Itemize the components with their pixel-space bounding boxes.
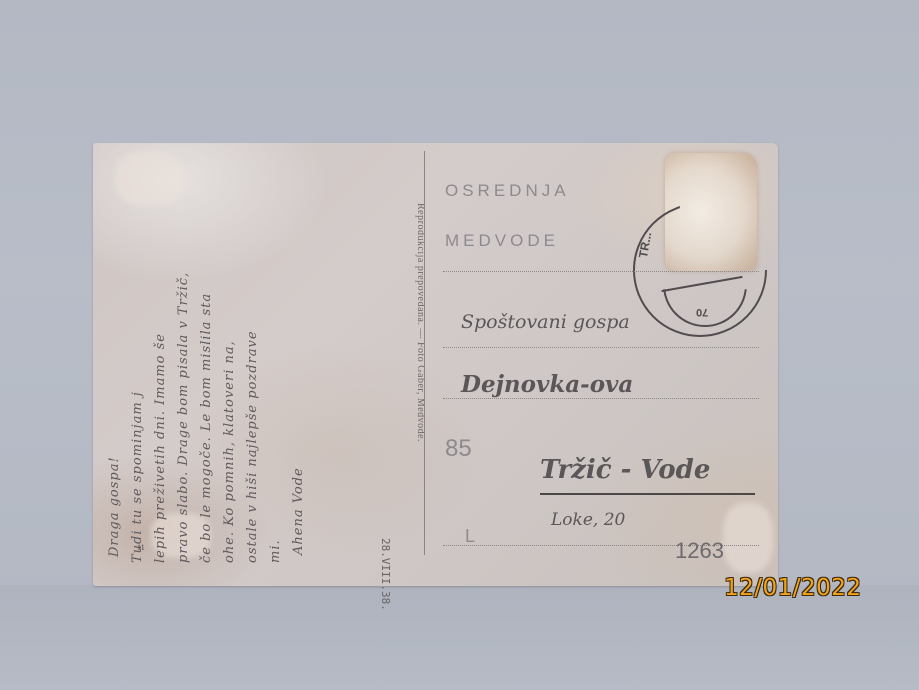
address-rule: [443, 271, 759, 272]
message-line: pravo slabo. Drage bom pisala v Tržič,: [172, 173, 195, 563]
message-greeting: Draga gospa!: [103, 173, 126, 563]
address-line-1: Spoštovani gospa: [461, 311, 630, 333]
pencil-mark: L: [465, 526, 475, 547]
postmark-number: 70: [696, 306, 708, 318]
card-divider: [424, 151, 425, 555]
message-line: ostale v hiši najlepše pozdrave: [241, 173, 264, 563]
written-date: 28.VIII.38.: [379, 538, 392, 611]
message-line: ohe. Ko pomnih, klatoveri na,: [218, 173, 241, 563]
address-rule: [443, 398, 759, 399]
handwritten-message: Draga gospa! Tudi tu se spominjam j lepi…: [103, 173, 393, 563]
address-rule: [443, 347, 759, 348]
pencil-margin-number: 85: [445, 435, 472, 463]
address-underline: [540, 493, 755, 495]
address-line-2: Dejnovka-ova: [461, 371, 633, 398]
photo-date-stamp: 12/01/2022: [724, 575, 862, 601]
message-line: če bo le mogoče. Le bom mislila sta: [195, 173, 218, 563]
postcard: Draga gospa! Tudi tu se spominjam j lepi…: [93, 143, 778, 586]
pencil-note-line2: MEDVODE: [445, 231, 559, 251]
message-line: mi.: [264, 173, 287, 563]
pencil-corner-number: 1263: [675, 538, 724, 564]
address-line-3: Tržič - Vode: [540, 455, 710, 485]
message-signature: Ahena Vode: [287, 173, 310, 563]
address-line-4: Loke, 20: [551, 510, 625, 530]
message-line: lepih preživetih dni. Imamo še: [149, 173, 172, 563]
page-number: 11: [137, 543, 145, 552]
pencil-note-line1: OSREDNJA: [445, 181, 570, 201]
message-line: Tudi tu se spominjam j: [126, 173, 149, 563]
paper-damage: [723, 503, 773, 573]
